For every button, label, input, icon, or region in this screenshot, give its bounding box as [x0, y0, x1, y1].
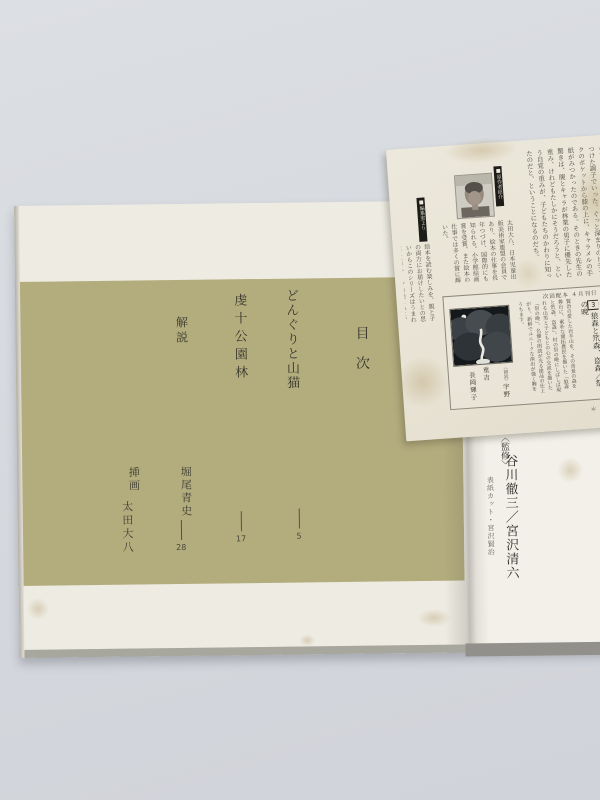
- editor-note-text: 絵本を読む楽しみを、親と子の両方にお届けしたいとの思いからこのシリーズはうまれま…: [401, 243, 437, 325]
- next-volume-body: 賢治の愛した岩手山を、その背景の森を舞台に、素朴な開拓農民を描いた「狼森と笊森、…: [510, 298, 578, 396]
- toc-entry-page: 28: [174, 520, 188, 552]
- illustrator-name: 太田大八: [119, 501, 136, 555]
- toc-entry-author: 堀尾青史: [177, 466, 194, 518]
- volume-title-text: 狼森と笊森、盗森／祭の晩: [580, 300, 600, 387]
- portrait-graphic: [455, 174, 494, 218]
- toc-entry-title: 解説: [173, 316, 190, 346]
- toc-entry-page: 17: [234, 511, 248, 543]
- editor-section-header: ■編集室より: [416, 197, 427, 241]
- photo-scene: { "scene": { "description": "Photograph …: [0, 0, 600, 800]
- credit-column: 長岡輝子: [463, 371, 484, 408]
- toc-entry-title: どんぐりと山猫: [281, 289, 301, 391]
- next-volume-box: 次回配本 ４月刊行 3狼森と笊森、盗森／祭の晩 賢治の愛した岩手山を、その背景の…: [442, 285, 600, 410]
- toc-leader-line: [298, 509, 299, 529]
- toc-heading: 目次: [351, 326, 372, 386]
- forest-night-graphic: [450, 306, 512, 366]
- story-illustration: [449, 305, 513, 367]
- toc-page-number: 28: [176, 543, 186, 552]
- author-portrait-photo: [454, 173, 495, 220]
- book-cover-edge: [465, 642, 600, 657]
- foxing-stain: [395, 354, 451, 410]
- toc-page-number: 17: [236, 534, 246, 543]
- author-intro-text: 太田大八、日本児童出版美術家連盟の会員であり、絵本の仕事を長年つづけ、国際的にも…: [435, 219, 517, 288]
- cover-cut-credit: 表紙カット・宮沢賢治: [485, 476, 496, 556]
- toc-entry-title: 虔十公園林: [229, 293, 249, 383]
- toc-leader-line: [180, 520, 181, 540]
- credit-label: 〈朗読〉: [502, 365, 508, 383]
- next-volume-title: 3狼森と笊森、盗森／祭の晩: [579, 300, 600, 395]
- credit-name: 長岡輝子: [468, 371, 478, 401]
- toc-page-number: 5: [296, 532, 301, 541]
- toc-leader-line: [240, 511, 241, 531]
- illustrator-label: 挿画: [125, 466, 141, 492]
- supervisor-names: 谷川徹三／宮沢清六: [500, 454, 521, 580]
- toc-entry-page: 5: [292, 508, 306, 540]
- publisher-leaflet: のだよ。」兄は第に、一冊かわらない手紙をつけた調子でいった。ぐっと深まりのトラッ…: [386, 134, 600, 441]
- leaflet-page-mark: ＊: [590, 404, 597, 413]
